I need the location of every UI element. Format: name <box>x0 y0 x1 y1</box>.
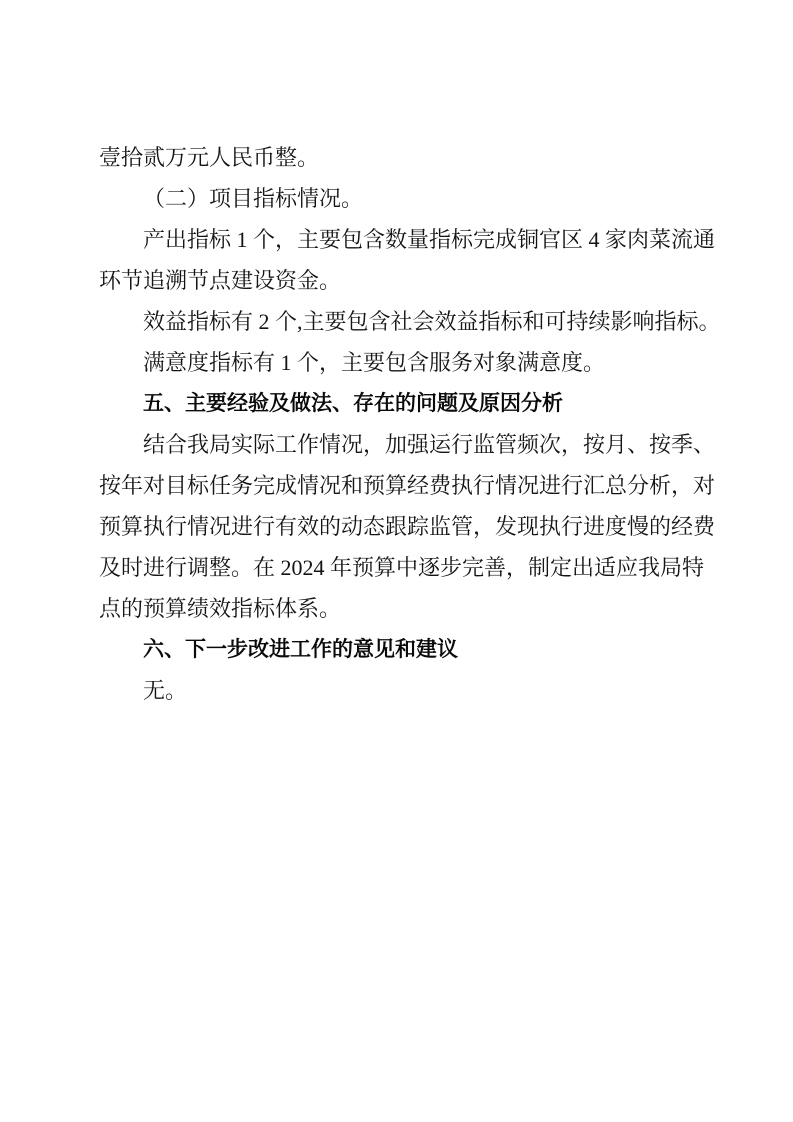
paragraph-line-experience-1: 结合我局实际工作情况，加强运行监管频次，按月、按季、 <box>99 424 695 465</box>
paragraph-line-output-indicator-cont: 环节追溯节点建设资金。 <box>99 260 695 301</box>
subsection-title-project-indicators: （二）项目指标情况。 <box>99 178 695 219</box>
document-content: 壹拾贰万元人民币整。 （二）项目指标情况。 产出指标 1 个，主要包含数量指标完… <box>99 137 695 711</box>
paragraph-line-output-indicator: 产出指标 1 个，主要包含数量指标完成铜官区 4 家肉菜流通 <box>99 219 695 260</box>
paragraph-line-satisfaction-indicator: 满意度指标有 1 个，主要包含服务对象满意度。 <box>99 342 695 383</box>
paragraph-line-experience-5: 点的预算绩效指标体系。 <box>99 588 695 629</box>
paragraph-line-amount-tail: 壹拾贰万元人民币整。 <box>99 137 695 178</box>
paragraph-line-experience-4: 及时进行调整。在 2024 年预算中逐步完善，制定出适应我局特 <box>99 547 695 588</box>
paragraph-line-experience-2: 按年对目标任务完成情况和预算经费执行情况进行汇总分析，对 <box>99 465 695 506</box>
paragraph-line-none: 无。 <box>99 670 695 711</box>
section-heading-6: 六、下一步改进工作的意见和建议 <box>99 629 695 670</box>
paragraph-line-experience-3: 预算执行情况进行有效的动态跟踪监管，发现执行进度慢的经费 <box>99 506 695 547</box>
paragraph-line-benefit-indicator: 效益指标有 2 个,主要包含社会效益指标和可持续影响指标。 <box>99 301 695 342</box>
document-page: 壹拾贰万元人民币整。 （二）项目指标情况。 产出指标 1 个，主要包含数量指标完… <box>0 0 793 1122</box>
section-heading-5: 五、主要经验及做法、存在的问题及原因分析 <box>99 383 695 424</box>
